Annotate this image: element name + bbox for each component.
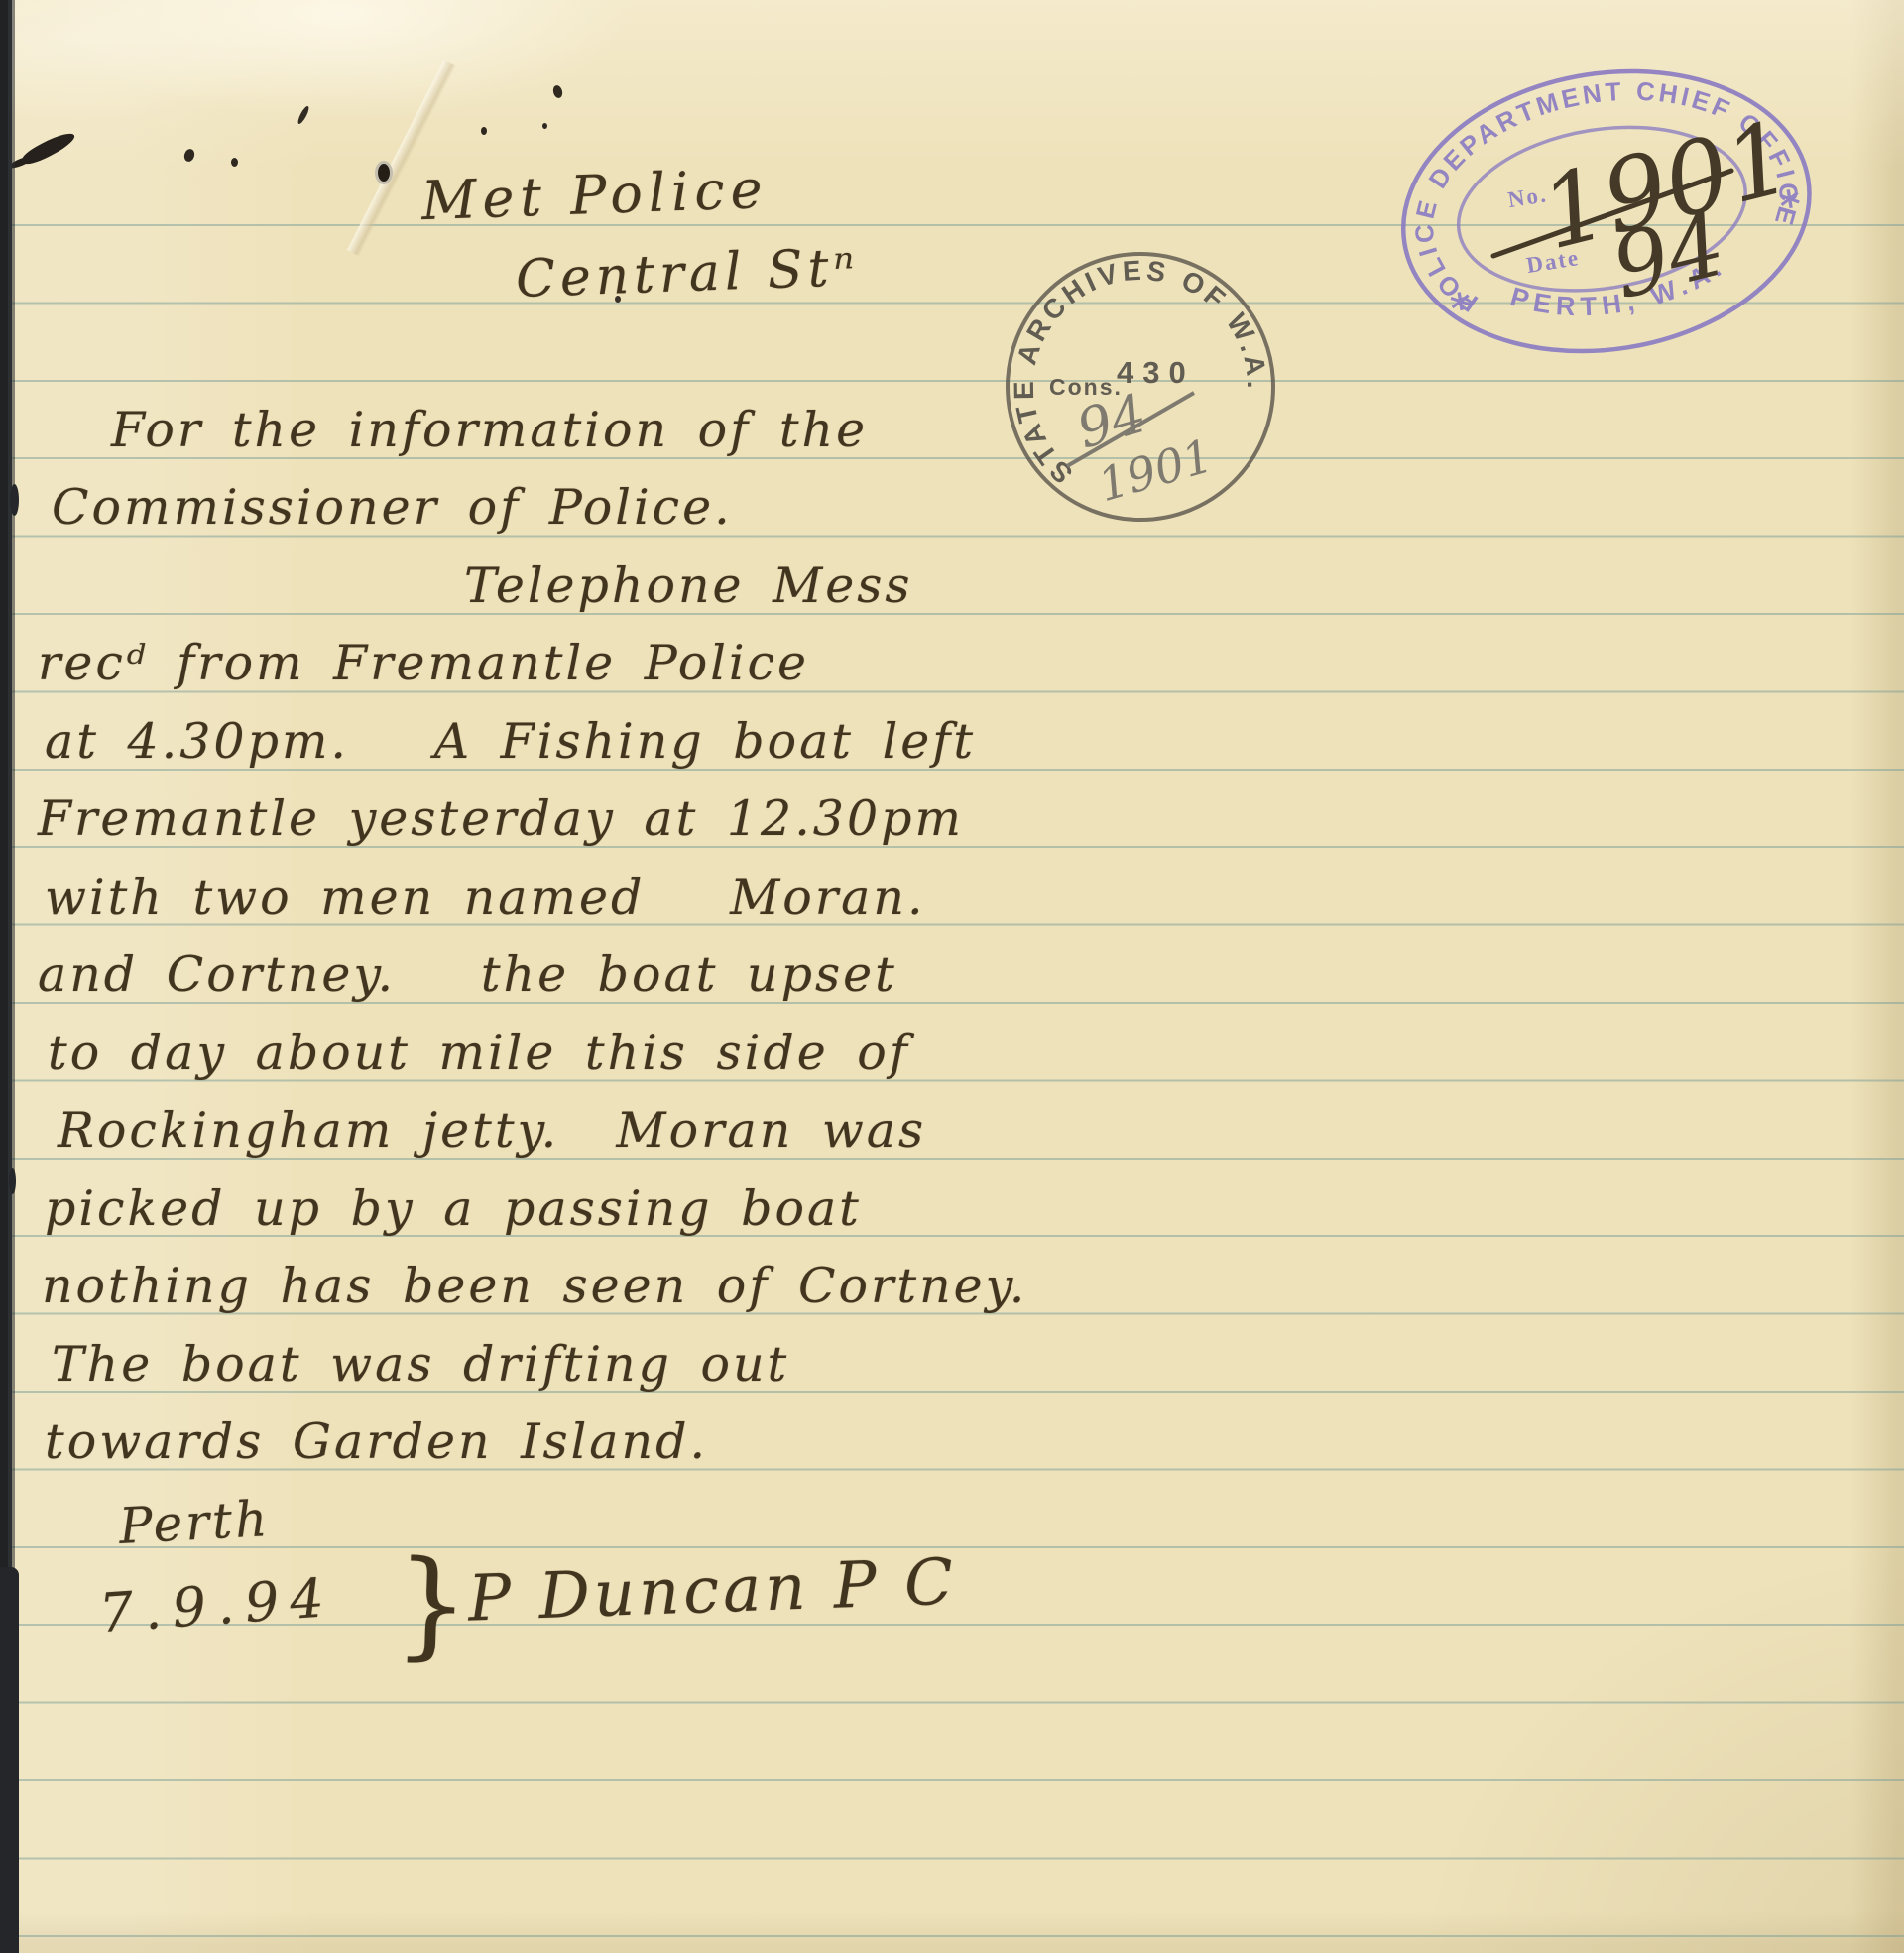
signature: P Duncan P C [467, 1550, 958, 1631]
archives-stamp: STATE ARCHIVES OF W.A. Cons. 430 94 1901 [1000, 246, 1281, 528]
body-line: Commissioner of Police. [52, 483, 733, 532]
body-line: Fremantle yesterday at 12.30pm [38, 794, 964, 843]
body-line: recᵈ from Fremantle Police [38, 639, 809, 687]
brace-mark: } [393, 1544, 471, 1664]
body-line: Rockingham jetty. Moran was [58, 1106, 926, 1155]
letter-heading-line2: Central Stⁿ [515, 242, 860, 305]
body-line: The boat was drifting out [52, 1340, 789, 1389]
scan-edge-foot [0, 1567, 19, 1953]
paper-damage-spot [481, 127, 487, 135]
place-line: Perth [118, 1494, 272, 1551]
body-line: For the information of the [111, 406, 868, 454]
body-line: nothing has been seen of Cortney. [42, 1262, 1027, 1310]
body-line: to day about mile this side of [48, 1029, 910, 1077]
paper-damage-spot [231, 158, 238, 167]
archives-pencil-number: 94 1901 [1067, 382, 1219, 512]
paper-hole [375, 161, 393, 184]
date-line: 7.9.94 [97, 1571, 336, 1641]
police-stamp-handwritten-number: 1901 94 [1466, 85, 1803, 315]
scan-edge-nub [9, 1168, 16, 1194]
body-line: with two men named Moran. [45, 873, 926, 921]
paper-damage-spot [542, 123, 547, 129]
body-line: picked up by a passing boat [45, 1184, 862, 1233]
body-line: towards Garden Island. [45, 1417, 708, 1466]
body-line: and Cortney. the boat upset [38, 950, 897, 999]
scan-edge-nub [10, 484, 19, 516]
body-line: at 4.30pm. A Fishing boat left [45, 717, 976, 766]
body-line: Telephone Mess [464, 561, 913, 610]
letter-heading-line1: Met Police [420, 163, 769, 228]
